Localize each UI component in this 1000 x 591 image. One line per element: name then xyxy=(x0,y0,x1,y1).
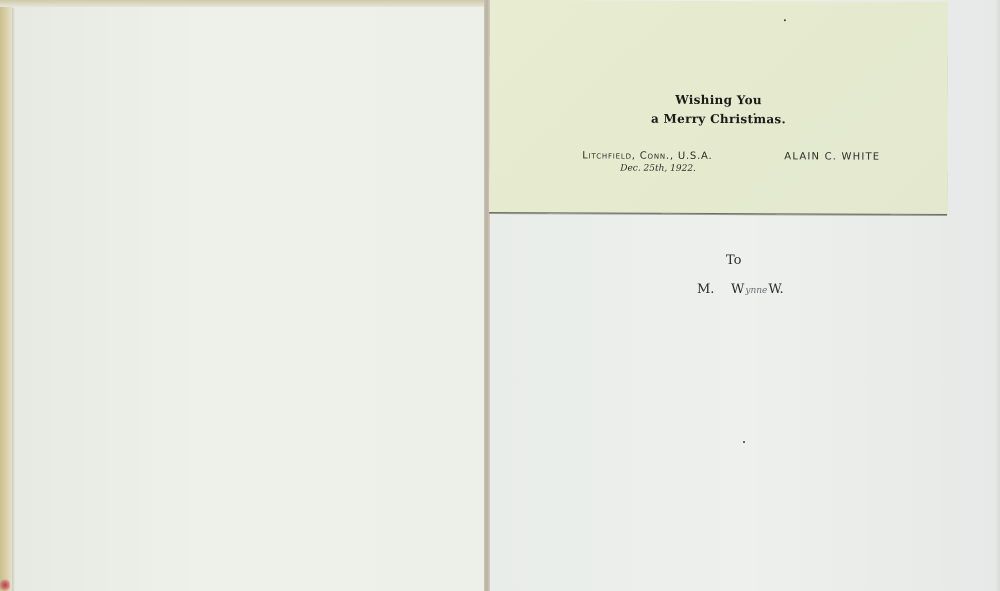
greeting-line-1: Wishing You xyxy=(490,90,948,111)
sender-name: ALAIN C. WHITE xyxy=(784,151,880,162)
greeting-line-2: a Merry Christmas. xyxy=(489,109,947,130)
book-spread: Wishing You a Merry Christmas. Litchfiel… xyxy=(0,0,1000,591)
greeting-card: Wishing You a Merry Christmas. Litchfiel… xyxy=(489,0,948,215)
recipient-first-initial: W xyxy=(731,282,744,297)
recipient-handwritten: ynne xyxy=(745,286,767,296)
left-page xyxy=(15,7,484,591)
card-date: Dec. 25th, 1922. xyxy=(620,164,696,174)
book-top-edge xyxy=(0,0,490,7)
inscription-recipient: M. WynneW. xyxy=(697,282,784,297)
paper-speck xyxy=(754,113,756,115)
right-page-edge xyxy=(996,0,1000,591)
paper-speck xyxy=(784,19,786,21)
book-binding-edge xyxy=(0,0,12,591)
recipient-last: W. xyxy=(768,282,783,297)
recipient-prefix: M. xyxy=(697,282,714,297)
red-stain xyxy=(0,579,10,591)
paper-speck xyxy=(743,441,745,443)
sender-location: Litchfield, Conn., U.S.A. xyxy=(582,150,712,162)
inscription-to: To xyxy=(726,253,742,268)
greeting-text: Wishing You a Merry Christmas. xyxy=(489,90,947,130)
right-page: Wishing You a Merry Christmas. Litchfiel… xyxy=(490,0,1000,591)
